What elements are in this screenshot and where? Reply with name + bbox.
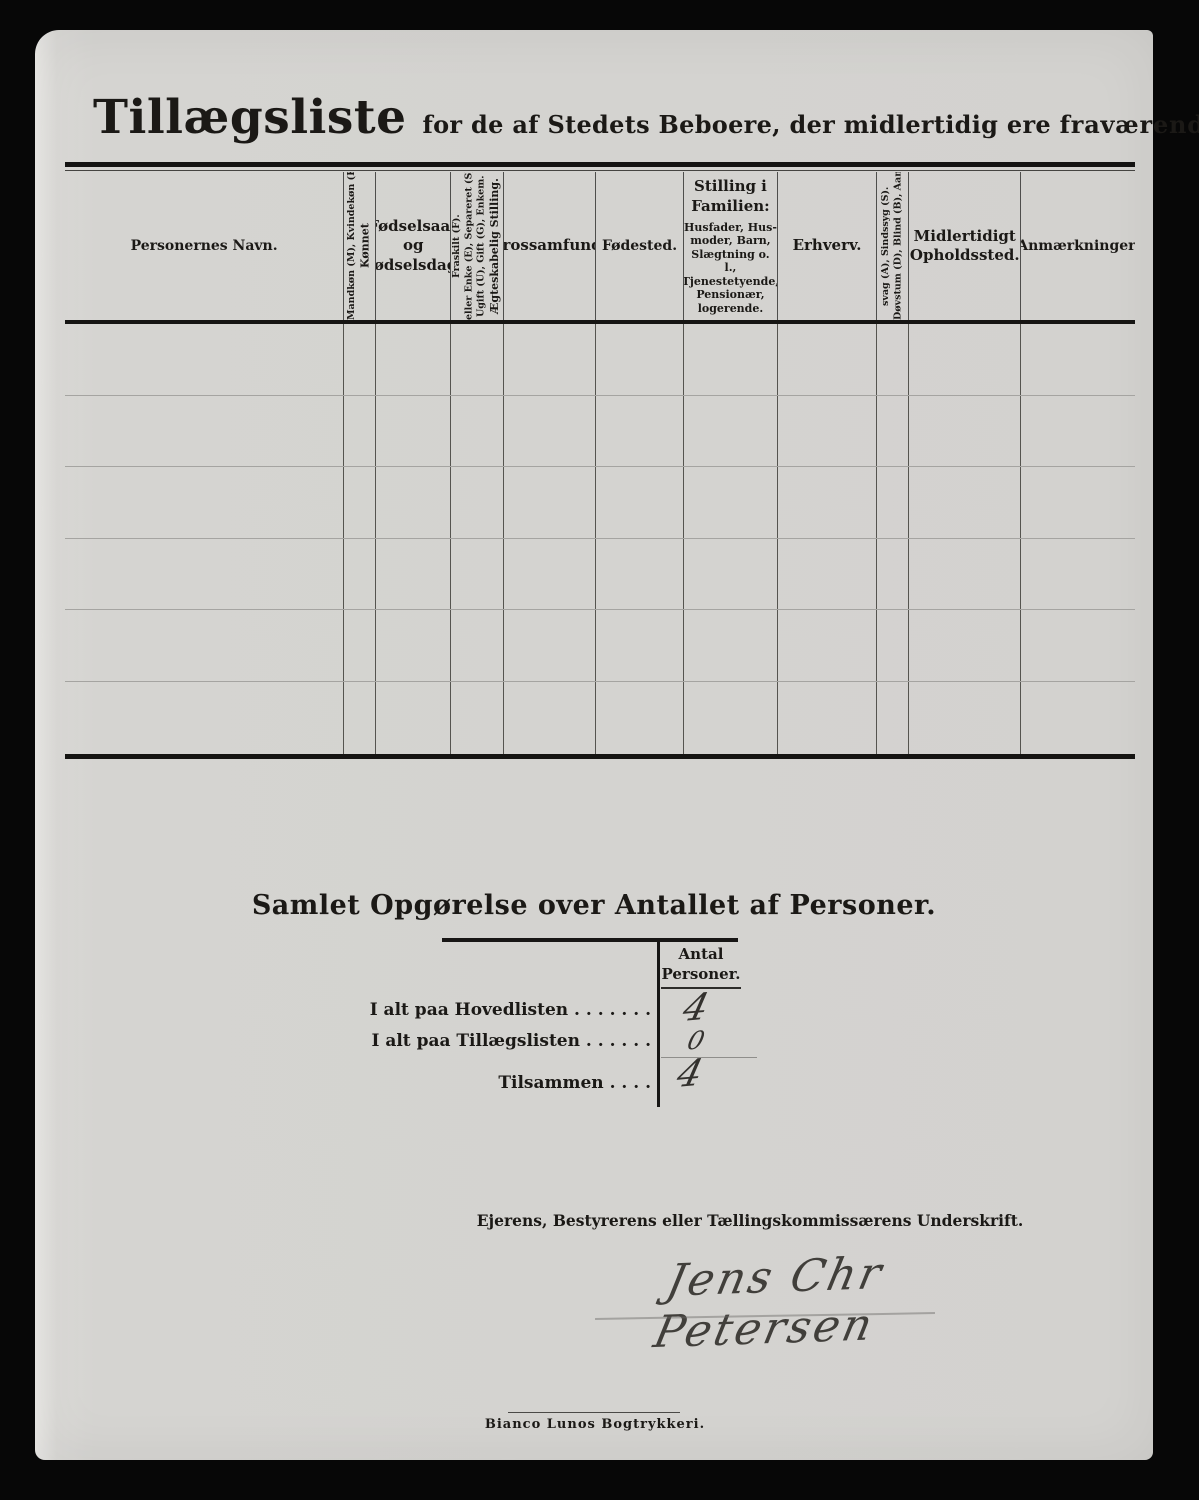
table-empty-cell xyxy=(876,539,908,610)
signature-handwritten: Jens Chr Petersen xyxy=(564,1245,976,1361)
table-empty-cell xyxy=(375,682,450,754)
summary-row-tilsammen-label: Tilsammen . . . . xyxy=(365,1073,651,1093)
col-header-doevstum: Døvstum (D), Blind (B), Aands- svag (A),… xyxy=(876,172,908,320)
table-empty-cell xyxy=(1020,324,1134,395)
table-empty-cell xyxy=(65,539,343,610)
table-empty-cell xyxy=(450,324,503,395)
table-empty-cell xyxy=(1020,467,1134,538)
summary-top-rule xyxy=(442,938,738,942)
col-header-koennet: Kønnet Mandkøn (M), Kvindekøn (K). xyxy=(343,172,375,320)
table-empty-cell xyxy=(908,396,1020,467)
table-empty-cell xyxy=(876,610,908,681)
census-table: Personernes Navn. Kønnet Mandkøn (M), Kv… xyxy=(65,172,1135,759)
signature-label: Ejerens, Bestyrerens eller Tællingskommi… xyxy=(415,1211,1085,1230)
table-empty-cell xyxy=(1020,539,1134,610)
table-empty-cell xyxy=(343,467,375,538)
summary-row-hovedlisten-label: I alt paa Hovedlisten . . . . . . . xyxy=(365,1000,651,1020)
table-empty-cell xyxy=(908,610,1020,681)
col-header-aegteskabelig-stilling: Ægteskabelig Stilling. Ugift (U), Gift (… xyxy=(450,172,503,320)
table-empty-cell xyxy=(777,396,876,467)
table-empty-cell xyxy=(908,539,1020,610)
table-empty-cell xyxy=(503,467,595,538)
table-empty-cell xyxy=(683,324,777,395)
table-empty-cell xyxy=(876,682,908,754)
table-empty-cell xyxy=(908,467,1020,538)
title-mid: for de af Stedets Beboere, der midlertid… xyxy=(422,110,1051,139)
printer-rule xyxy=(508,1412,680,1413)
table-empty-cell xyxy=(1020,396,1134,467)
table-empty-cell xyxy=(375,467,450,538)
table-empty-row xyxy=(65,396,1135,468)
summary-value-tilsammen: 4 xyxy=(649,1049,731,1098)
col-header-stilling-i-familien: Stilling i Familien: Husfader, Hus- mode… xyxy=(683,172,777,320)
scan-background: { "header": { "title_main": "Tillægslist… xyxy=(0,0,1199,1500)
table-empty-cell xyxy=(503,682,595,754)
table-empty-cell xyxy=(343,539,375,610)
table-empty-cell xyxy=(595,396,683,467)
table-empty-cell xyxy=(683,539,777,610)
title-rule xyxy=(65,162,1135,172)
col-header-personernes-navn: Personernes Navn. xyxy=(65,172,343,320)
col-header-foedselsaar: Fødselsaar og Fødselsdag. xyxy=(375,172,450,320)
table-empty-cell xyxy=(1020,610,1134,681)
table-header-row: Personernes Navn. Kønnet Mandkøn (M), Kv… xyxy=(65,172,1135,324)
table-empty-cell xyxy=(375,324,450,395)
table-empty-cell xyxy=(595,467,683,538)
table-empty-cell xyxy=(343,396,375,467)
summary-row-tillaegslisten-label: I alt paa Tillægslisten . . . . . . xyxy=(365,1031,651,1051)
table-empty-cell xyxy=(908,324,1020,395)
table-bottom-rule xyxy=(65,754,1135,759)
table-empty-cell xyxy=(876,324,908,395)
table-empty-cell xyxy=(65,610,343,681)
table-empty-cell xyxy=(343,682,375,754)
title-emphasis: fraværende. xyxy=(1060,110,1199,139)
table-empty-cell xyxy=(908,682,1020,754)
col-header-midlertidigt-opholdssted: Midlertidigt Opholdssted. xyxy=(908,172,1020,320)
col-header-anmaerkninger: Anmærkninger. xyxy=(1020,172,1134,320)
table-empty-cell xyxy=(503,610,595,681)
table-empty-cell xyxy=(65,396,343,467)
col-header-foedested: Fødested. xyxy=(595,172,683,320)
summary-heading: Samlet Opgørelse over Antallet af Person… xyxy=(35,890,1153,921)
printer-imprint: Bianco Lunos Bogtrykkeri. xyxy=(415,1417,775,1432)
table-empty-cell xyxy=(343,324,375,395)
document-title: Tillægsliste for de af Stedets Beboere, … xyxy=(93,90,1199,145)
title-main: Tillægsliste xyxy=(93,90,406,145)
table-empty-cell xyxy=(375,610,450,681)
table-empty-row xyxy=(65,539,1135,611)
table-empty-cell xyxy=(503,539,595,610)
table-empty-cell xyxy=(777,467,876,538)
table-empty-cell xyxy=(65,324,343,395)
table-empty-cell xyxy=(65,682,343,754)
table-empty-cell xyxy=(777,610,876,681)
col-header-trossamfund: Trossamfund. xyxy=(503,172,595,320)
table-empty-cell xyxy=(683,682,777,754)
table-empty-cell xyxy=(595,324,683,395)
table-empty-row xyxy=(65,682,1135,754)
table-empty-cell xyxy=(683,467,777,538)
table-empty-row xyxy=(65,610,1135,682)
table-empty-cell xyxy=(375,539,450,610)
table-empty-cell xyxy=(777,324,876,395)
table-body xyxy=(65,324,1135,754)
table-empty-cell xyxy=(876,396,908,467)
table-empty-cell xyxy=(450,610,503,681)
table-empty-cell xyxy=(343,610,375,681)
table-empty-cell xyxy=(65,467,343,538)
table-empty-row xyxy=(65,467,1135,539)
table-empty-cell xyxy=(450,539,503,610)
table-empty-cell xyxy=(450,682,503,754)
table-empty-row xyxy=(65,324,1135,396)
table-empty-cell xyxy=(503,324,595,395)
summary-table: Antal Personer. I alt paa Hovedlisten . … xyxy=(365,930,825,1125)
table-empty-cell xyxy=(777,682,876,754)
table-empty-cell xyxy=(595,539,683,610)
table-empty-cell xyxy=(595,682,683,754)
table-empty-cell xyxy=(503,396,595,467)
col-header-erhverv: Erhverv. xyxy=(777,172,876,320)
summary-col-header: Antal Personer. xyxy=(659,945,743,984)
table-empty-cell xyxy=(683,396,777,467)
paper: Tillægsliste for de af Stedets Beboere, … xyxy=(35,30,1153,1460)
table-empty-cell xyxy=(450,467,503,538)
table-empty-cell xyxy=(777,539,876,610)
table-empty-cell xyxy=(375,396,450,467)
table-empty-cell xyxy=(876,467,908,538)
table-empty-cell xyxy=(595,610,683,681)
table-empty-cell xyxy=(683,610,777,681)
table-empty-cell xyxy=(450,396,503,467)
title-subtitle: for de af Stedets Beboere, der midlertid… xyxy=(422,110,1199,139)
table-empty-cell xyxy=(1020,682,1134,754)
